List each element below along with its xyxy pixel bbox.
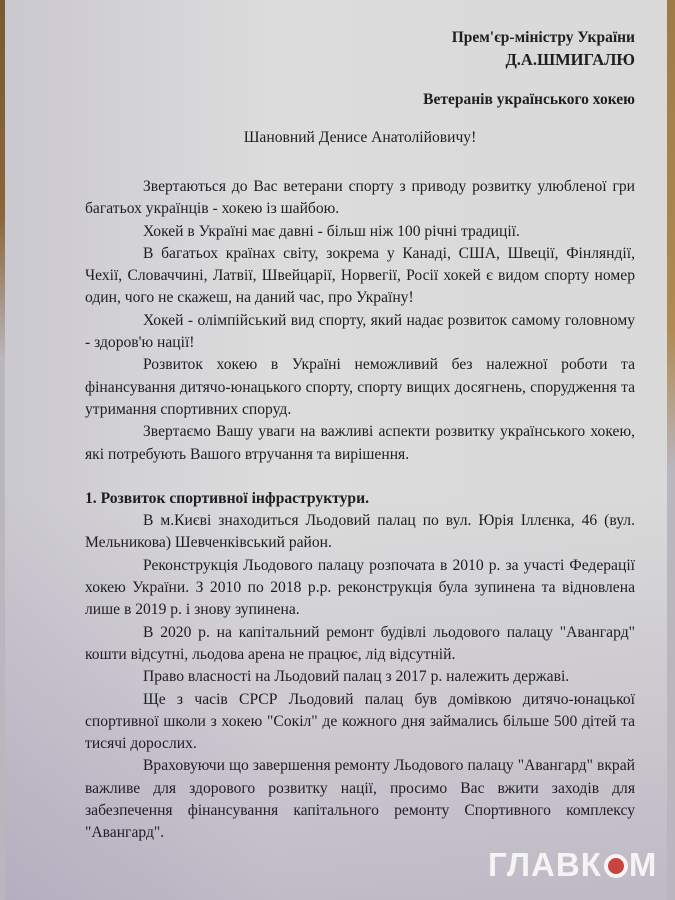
paragraph: Реконструкція Льодового палацу розпочата… [85,555,635,622]
paragraph: Хокей - олімпійський вид спорту, який на… [85,310,635,355]
paragraph: Розвиток хокею в Україні неможливий без … [85,354,635,421]
paragraph: Хокей в Україні має давні - більш ніж 10… [85,221,635,243]
logo-text-end: М [629,846,658,884]
paragraph: Ще з часів СРСР Льодовий палац був домів… [85,689,635,756]
greeting: Шановний Денисе Анатолійовичу! [85,127,635,149]
paragraph: Право власності на Льодовий палац з 2017… [85,666,635,688]
glavkom-watermark-logo: ГЛАВК М [488,846,657,884]
addressee-title: Прем'єр-міністру України [452,27,635,49]
paragraph: В 2020 р. на капітальний ремонт будівлі … [85,622,635,667]
letter-body: Звертаються до Вас ветерани спорту з при… [85,176,635,845]
paragraph: Звертаються до Вас ветерани спорту з при… [85,176,635,221]
logo-dot-icon [604,854,628,878]
section-heading: 1. Розвиток спортивної інфраструктури. [85,488,635,510]
logo-text-start: ГЛАВК [488,846,602,884]
addressee-name: Д.А.ШМИГАЛЮ [505,49,635,71]
sender: Ветеранів українського хокею [423,89,635,111]
paragraph: Звертаємо Вашу уваги на важливі аспекти … [85,421,635,466]
paragraph: В м.Києві знаходиться Льодовий палац по … [85,510,635,555]
letter-paper: Прем'єр-міністру України Д.А.ШМИГАЛЮ Вет… [5,0,667,900]
paragraph: В багатьох країнах світу, зокрема у Кана… [85,243,635,310]
paragraph: Враховуючи що завершення ремонту Льодово… [85,755,635,844]
